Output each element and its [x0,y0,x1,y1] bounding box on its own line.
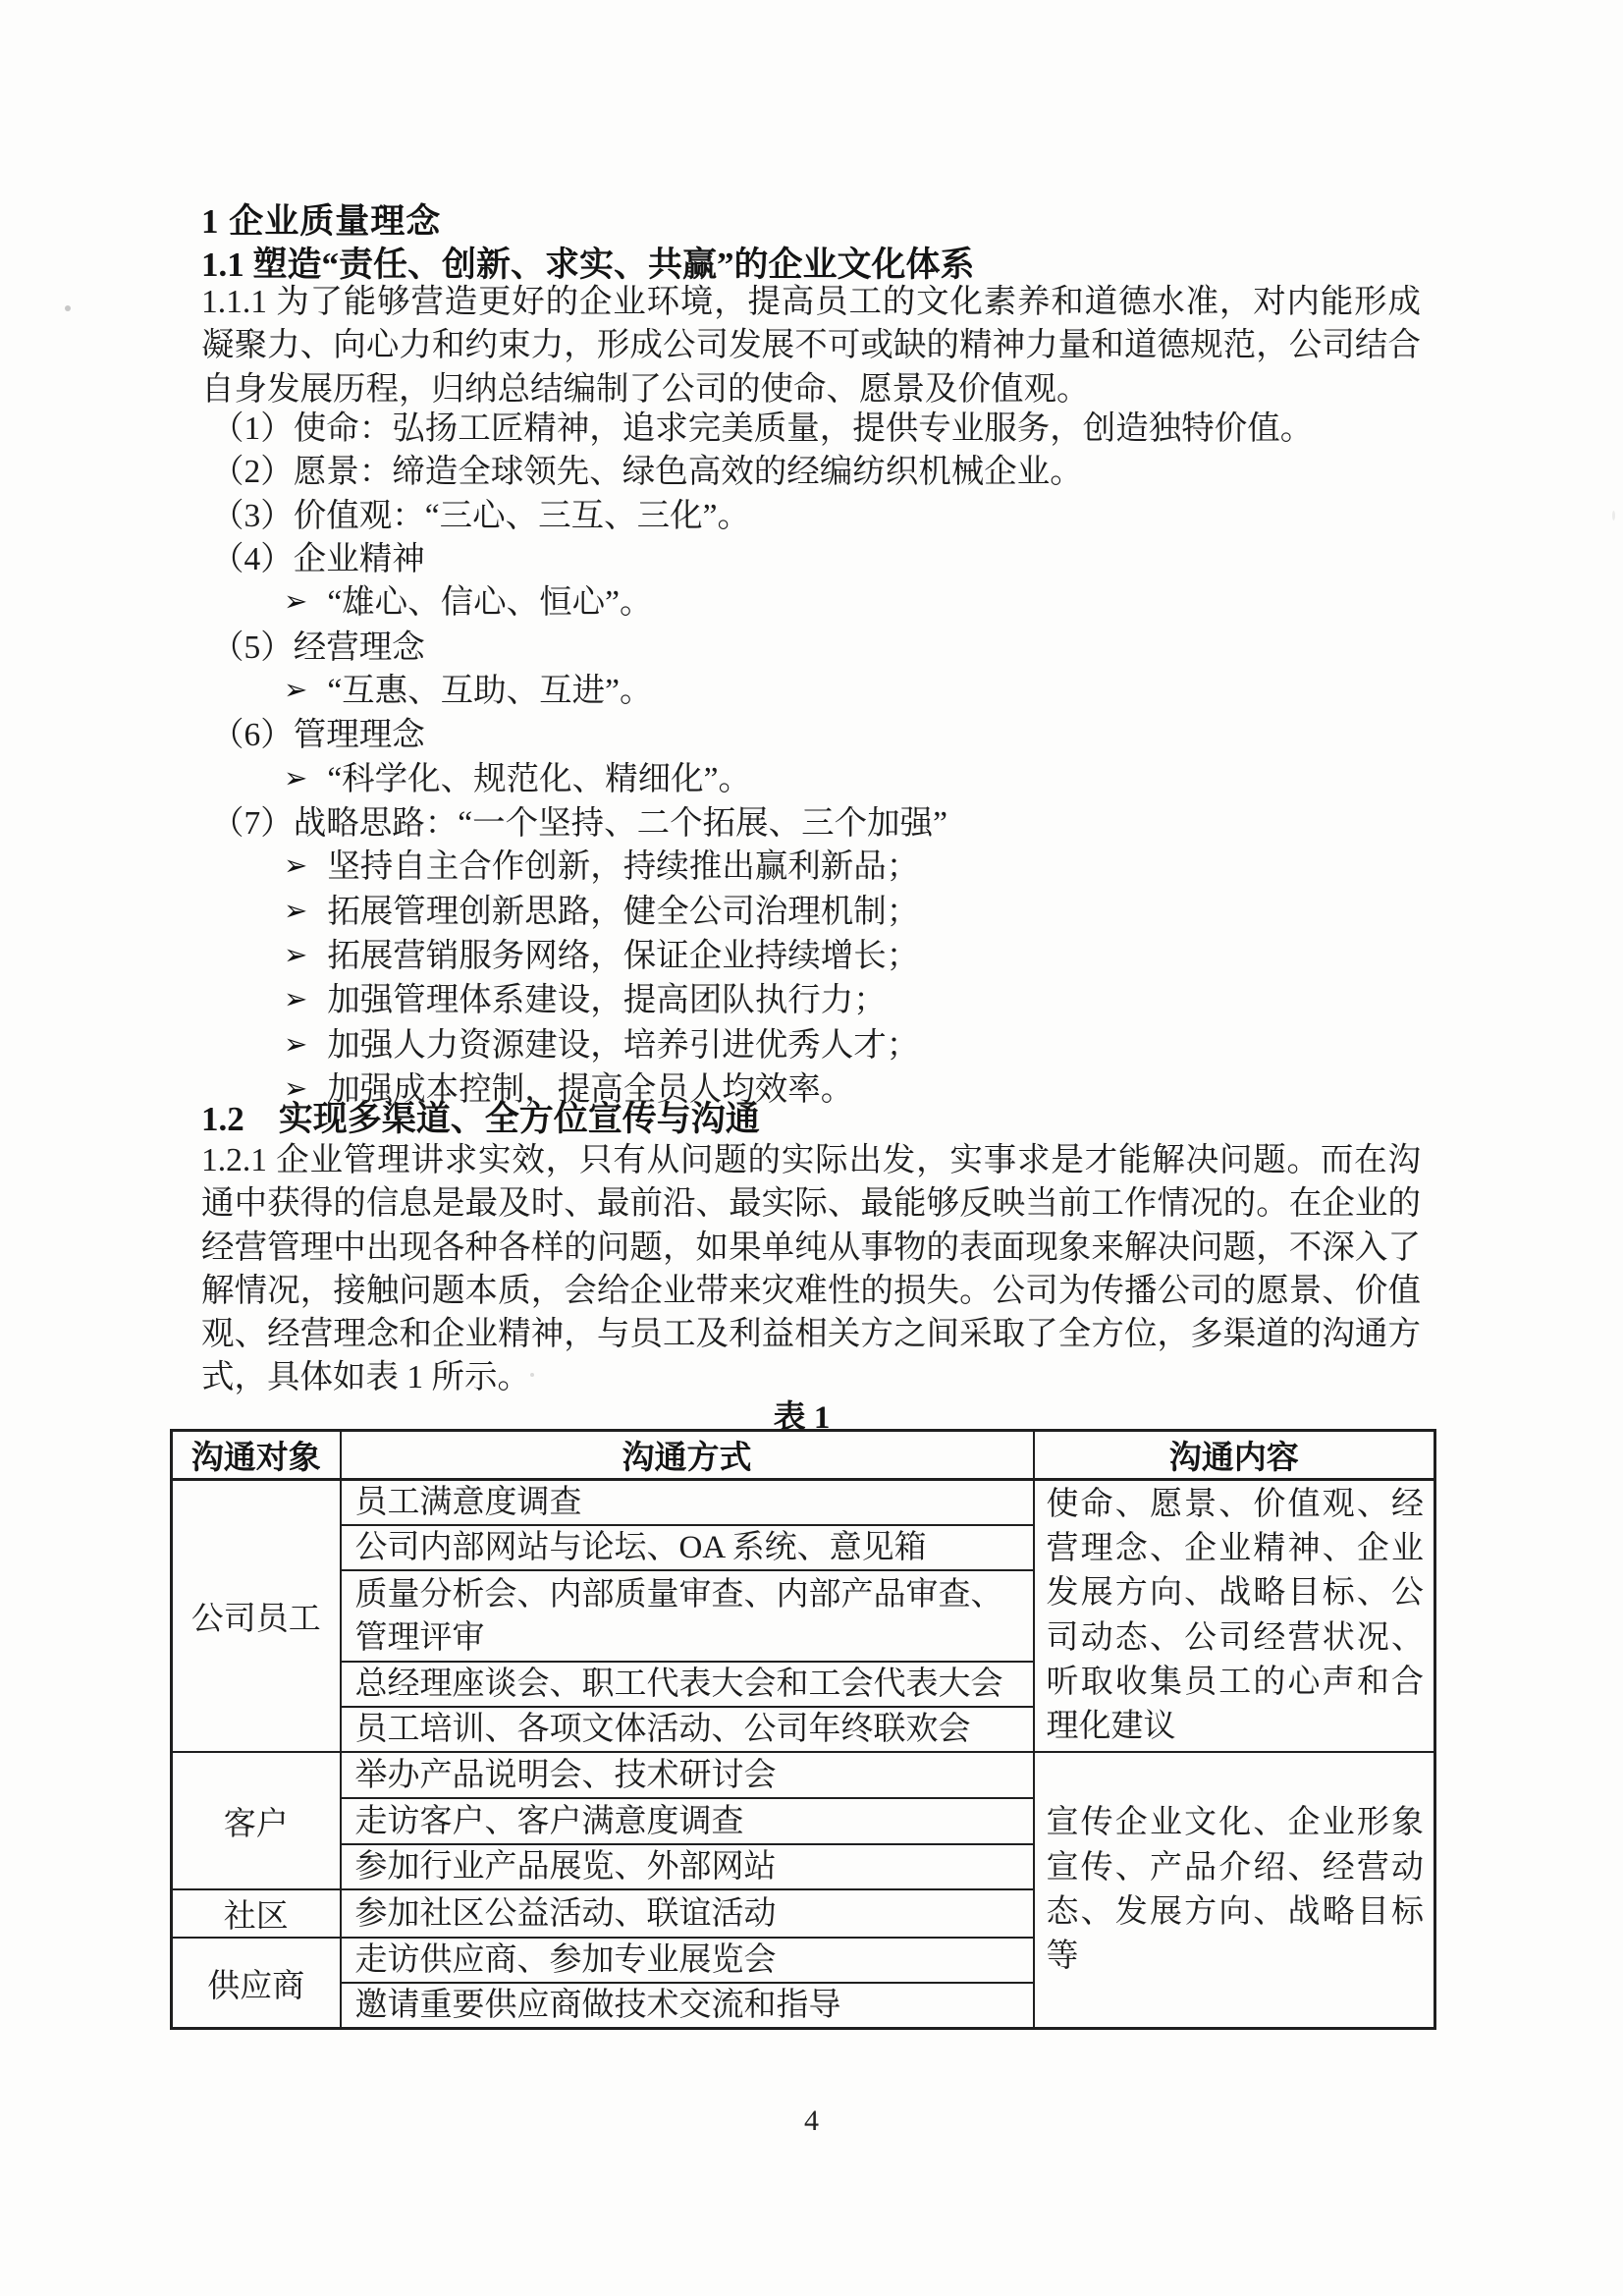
table-row: 公司员工 员工满意度调查 使命、愿景、价值观、经营理念、企业精神、企业发展方向、… [172,1480,1435,1526]
arrow-bullet-icon: ➢ [284,757,307,800]
arrow-bullet-icon: ➢ [284,669,307,712]
list-item-text: “互惠、互助、互进”。 [327,673,652,709]
list-item-text: （6）管理理念 [211,717,425,753]
method-cell: 员工满意度调查 [341,1480,1034,1526]
arrow-bullet-icon: ➢ [284,1023,307,1066]
method-cell: 公司内部网站与论坛、OA 系统、意见箱 [341,1525,1034,1570]
culture-list: （1）使命：弘扬工匠精神，追求完美质量，提供专业服务，创造独特价值。 （2）愿景… [201,408,1429,1114]
list-item: ➢“雄心、信心、恒心”。 [201,581,1429,626]
header-communication-content: 沟通内容 [1034,1431,1435,1480]
header-communication-method: 沟通方式 [341,1431,1034,1480]
list-item: ➢“科学化、规范化、精细化”。 [201,758,1429,802]
list-item: ➢“互惠、互助、互进”。 [201,670,1429,714]
list-item-text: （4）企业精神 [211,541,425,577]
table-row: 客户 举办产品说明会、技术研讨会 宣传企业文化、企业形象宣传、产品介绍、经营动态… [172,1752,1435,1798]
content-cell-external: 宣传企业文化、企业形象宣传、产品介绍、经营动态、发展方向、战略目标等 [1034,1752,1435,2029]
paragraph-1-2-1: 1.2.1 企业管理讲求实效，只有从问题的实际出发，实事求是才能解决问题。而在沟… [201,1139,1421,1400]
list-item: ➢拓展营销服务网络，保证企业持续增长； [201,935,1429,979]
paragraph-1-1-1: 1.1.1 为了能够营造更好的企业环境，提高员工的文化素养和道德水准，对内能形成… [201,281,1421,411]
header-communication-object: 沟通对象 [172,1431,341,1480]
list-item-text: （7）战略思路：“一个坚持、二个拓展、三个加强” [211,805,947,842]
object-cell-employees: 公司员工 [172,1480,341,1753]
list-item: （4）企业精神 [201,538,1429,581]
method-cell: 参加社区公益活动、联谊活动 [341,1889,1034,1938]
scan-speck [65,305,71,311]
list-item: （5）经营理念 [201,627,1429,670]
section-1-title: 1 企业质量理念 [201,194,441,244]
method-cell: 走访供应商、参加专业展览会 [341,1938,1034,1983]
list-item: （2）愿景：缔造全球领先、绿色高效的经编纺织机械企业。 [201,451,1429,494]
arrow-bullet-icon: ➢ [284,978,307,1021]
list-item-text: 拓展营销服务网络，保证企业持续增长； [327,938,919,974]
method-cell: 走访客户、客户满意度调查 [341,1798,1034,1844]
method-cell: 总经理座谈会、职工代表大会和工会代表大会 [341,1662,1034,1707]
content-cell-employees: 使命、愿景、价值观、经营理念、企业精神、企业发展方向、战略目标、公司动态、公司经… [1034,1480,1435,1753]
list-item-text: 拓展管理创新思路，健全公司治理机制； [327,894,919,930]
object-cell-suppliers: 供应商 [172,1938,341,2029]
list-item: （1）使命：弘扬工匠精神，追求完美质量，提供专业服务，创造独特价值。 [201,408,1429,451]
list-item: ➢加强人力资源建设，培养引进优秀人才； [201,1024,1429,1068]
method-cell: 质量分析会、内部质量审查、内部产品审查、管理评审 [341,1570,1034,1661]
list-item-text: 坚持自主合作创新，持续推出赢利新品； [327,848,919,885]
arrow-bullet-icon: ➢ [284,580,307,624]
list-item: ➢坚持自主合作创新，持续推出赢利新品； [201,846,1429,890]
communication-table: 沟通对象 沟通方式 沟通内容 公司员工 员工满意度调查 使命、愿景、价值观、经营… [170,1429,1436,2030]
document-page: 1 企业质量理念 1.1 塑造“责任、创新、求实、共赢”的企业文化体系 1.1.… [0,0,1623,2296]
method-cell: 员工培训、各项文体活动、公司年终联欢会 [341,1707,1034,1752]
list-item: （7）战略思路：“一个坚持、二个拓展、三个加强” [201,802,1429,846]
arrow-bullet-icon: ➢ [284,845,307,888]
list-item-text: “科学化、规范化、精细化”。 [327,761,751,797]
list-item-text: （3）价值观：“三心、三互、三化”。 [211,498,750,534]
list-item-text: 加强管理体系建设，提高团队执行力； [327,982,887,1018]
object-cell-customers: 客户 [172,1752,341,1889]
section-1-2-title: 1.2 实现多渠道、全方位宣传与沟通 [201,1092,760,1141]
list-item-text: （5）经营理念 [211,629,425,666]
list-item-text: （2）愿景：缔造全球领先、绿色高效的经编纺织机械企业。 [211,454,1083,490]
table-header-row: 沟通对象 沟通方式 沟通内容 [172,1431,1435,1480]
list-item: ➢加强管理体系建设，提高团队执行力； [201,979,1429,1023]
list-item-text: 加强人力资源建设，培养引进优秀人才； [327,1027,919,1064]
list-item-text: （1）使命：弘扬工匠精神，追求完美质量，提供专业服务，创造独特价值。 [211,410,1313,447]
object-cell-community: 社区 [172,1889,341,1938]
list-item: （3）价值观：“三心、三互、三化”。 [201,495,1429,538]
scan-speck [1612,511,1615,520]
page-number: 4 [0,2105,1623,2138]
list-item: （6）管理理念 [201,714,1429,757]
section-1-1-title: 1.1 塑造“责任、创新、求实、共赢”的企业文化体系 [201,238,975,287]
arrow-bullet-icon: ➢ [284,934,307,977]
method-cell: 邀请重要供应商做技术交流和指导 [341,1983,1034,2029]
list-item: ➢拓展管理创新思路，健全公司治理机制； [201,891,1429,935]
list-item-text: “雄心、信心、恒心”。 [327,584,652,621]
method-cell: 参加行业产品展览、外部网站 [341,1844,1034,1889]
arrow-bullet-icon: ➢ [284,890,307,933]
method-cell: 举办产品说明会、技术研讨会 [341,1752,1034,1798]
scan-speck [530,1373,534,1377]
